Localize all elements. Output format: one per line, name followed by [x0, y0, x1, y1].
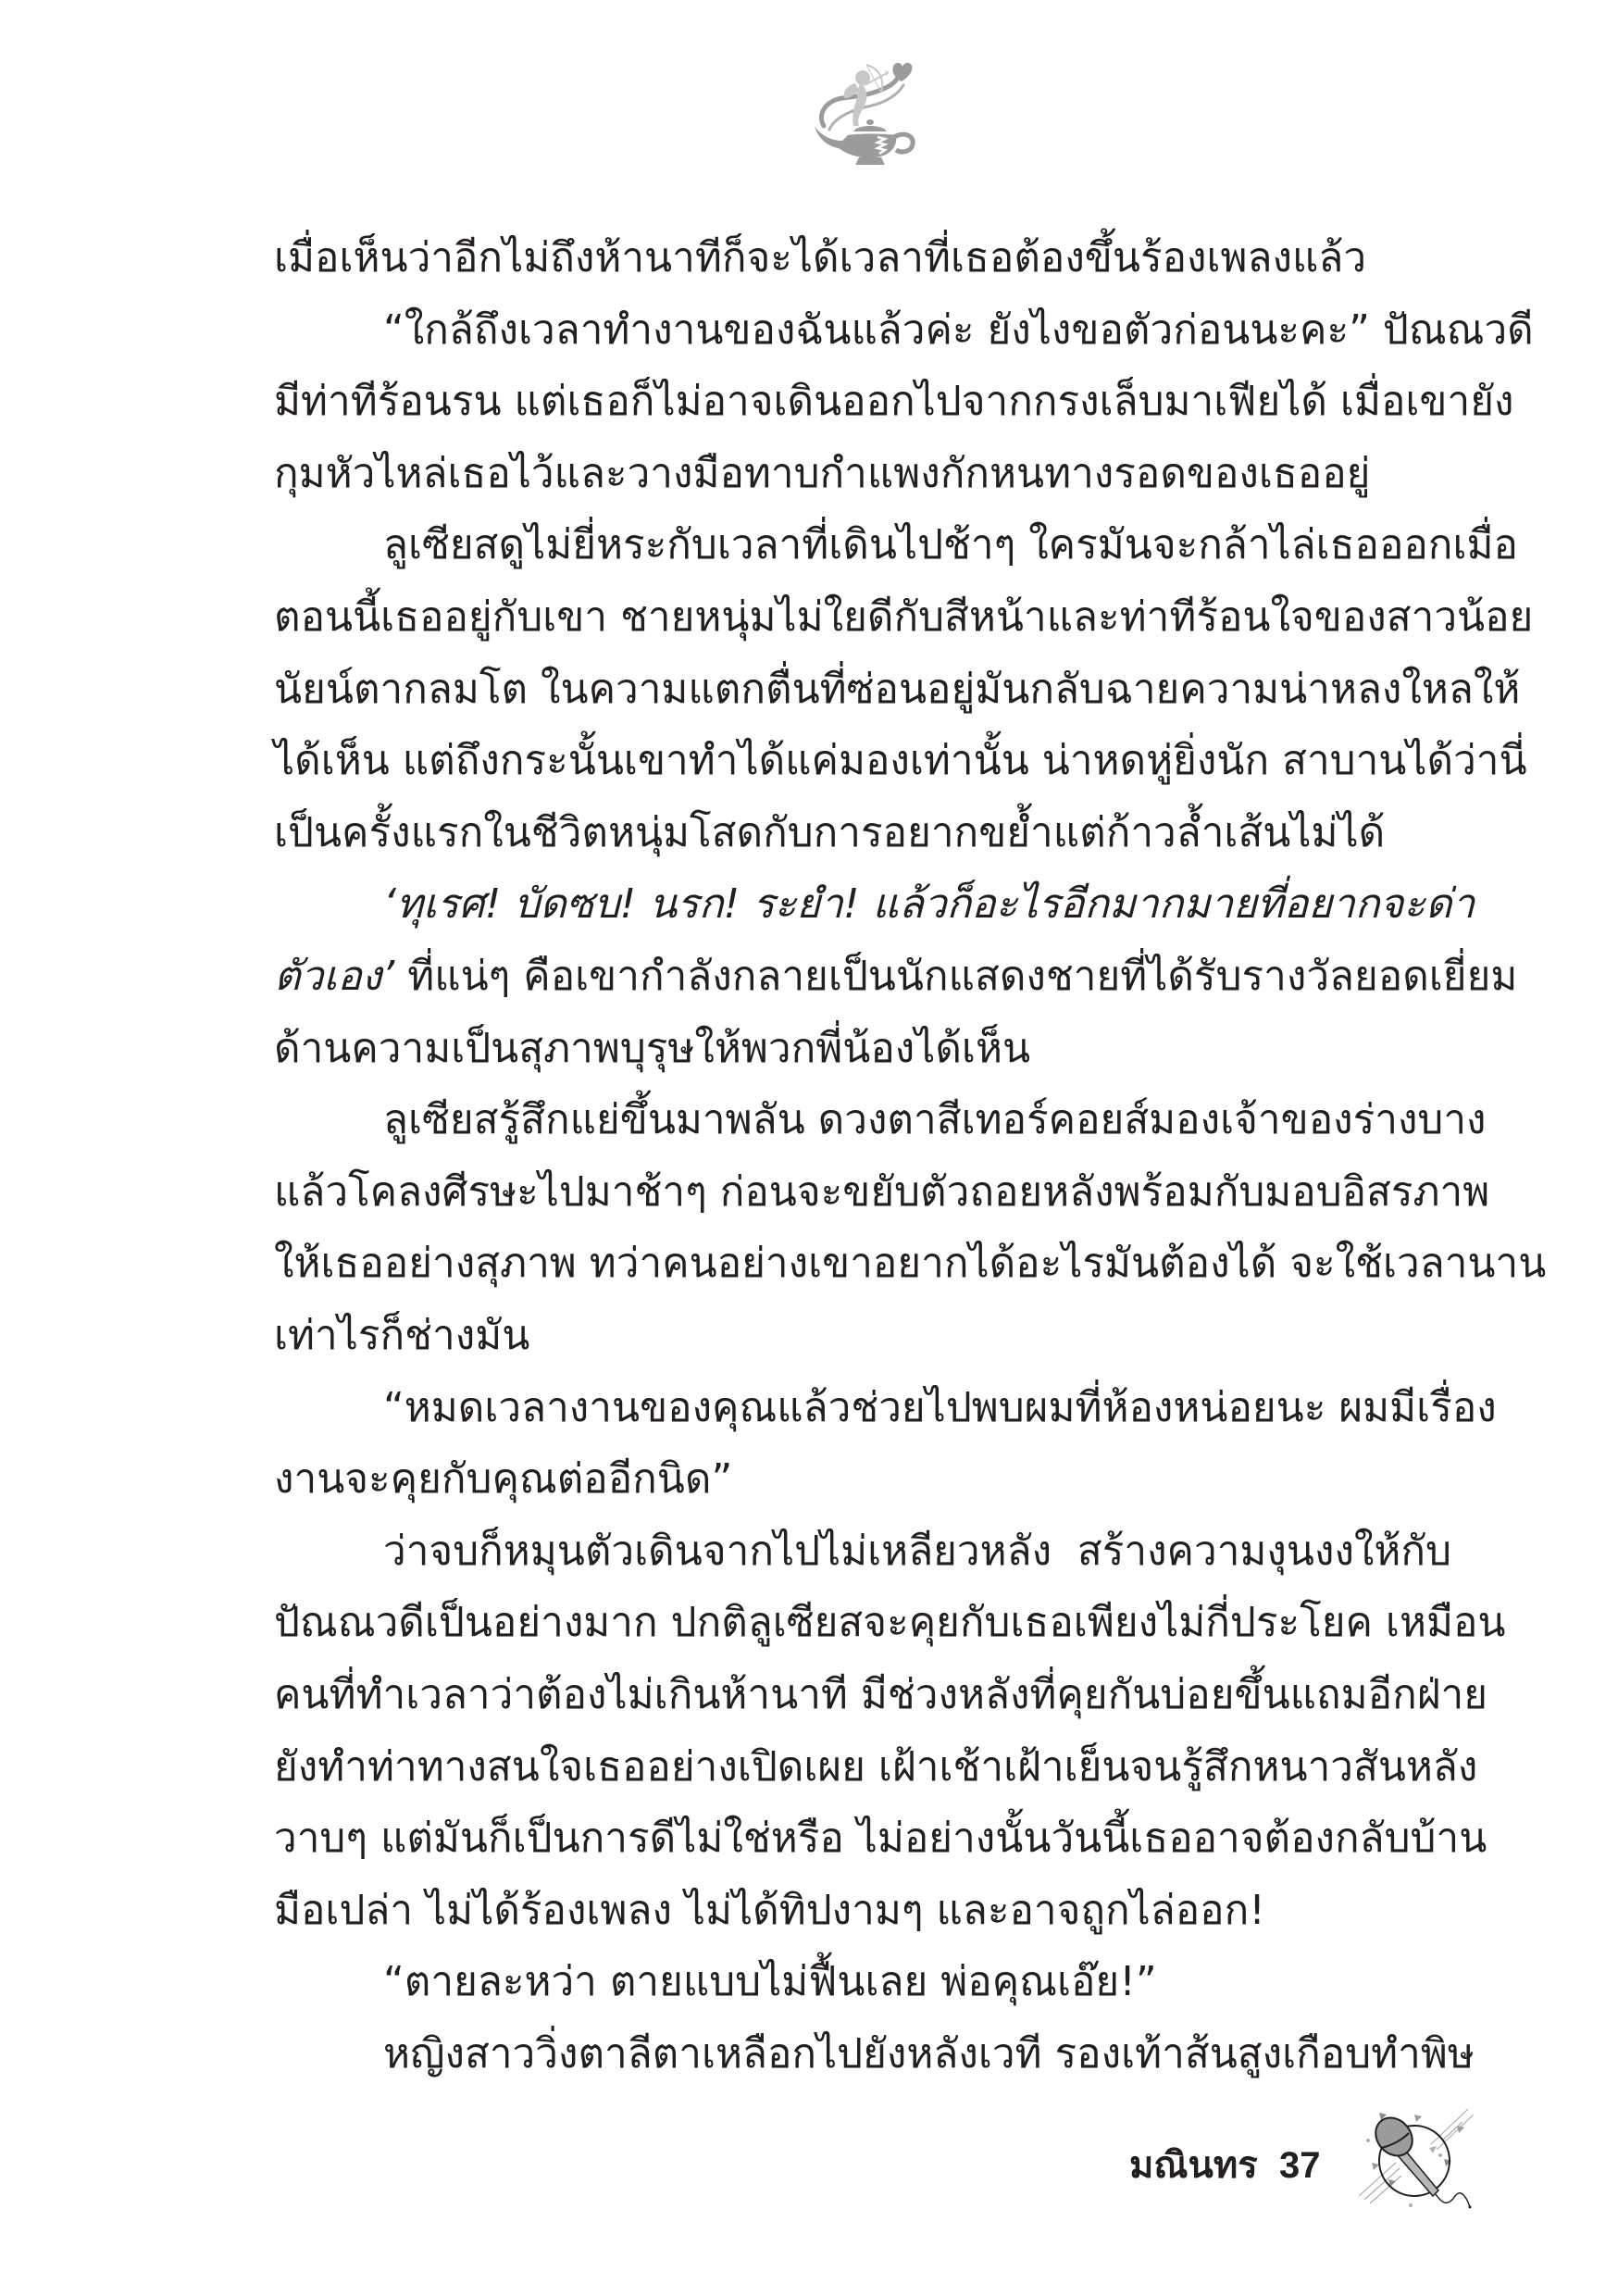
- text-line: ลูเซียสดูไม่ยี่หระกับเวลาที่เดินไปช้าๆ ใ…: [274, 509, 1451, 581]
- text-line: กุมหัวไหล่เธอไว้และวางมือทาบกำแพงกักหนทา…: [274, 438, 1370, 510]
- text-line: วาบๆ แต่มันก็เป็นการดีไม่ใช่หรือ ไม่อย่า…: [274, 1803, 1451, 1875]
- text-content: ให้เธออย่างสุภาพ ทว่าคนอย่างเขาอยากได้อะ…: [274, 1240, 1546, 1287]
- book-page: เมื่อเห็นว่าอีกไม่ถึงห้านาทีก็จะได้เวลาท…: [0, 0, 1618, 2296]
- text-content: ได้เห็น แต่ถึงกระนั้นเขาทำได้แค่มองเท่าน…: [274, 737, 1527, 784]
- text-line: เมื่อเห็นว่าอีกไม่ถึงห้านาทีก็จะได้เวลาท…: [274, 222, 1366, 294]
- text-content: เมื่อเห็นว่าอีกไม่ถึงห้านาทีก็จะได้เวลาท…: [274, 234, 1366, 281]
- text-content: “หมดเวลางานของคุณแล้วช่วยไปพบผมที่ห้องหน…: [383, 1384, 1497, 1431]
- text-content: หญิงสาววิ่งตาลีตาเหลือกไปยังหลังเวที รอง…: [383, 2030, 1475, 2078]
- text-line: หญิงสาววิ่งตาลีตาเหลือกไปยังหลังเวที รอง…: [274, 2018, 1451, 2090]
- text-content: งานจะคุยกับคุณต่ออีกนิด”: [274, 1455, 732, 1503]
- text-content: คนที่ทำเวลาว่าต้องไม่เกินห้านาที มีช่วงห…: [274, 1671, 1487, 1718]
- page-footer: มณินทร 37: [1120, 2129, 1490, 2203]
- text-content: แล้วโคลงศีรษะไปมาช้าๆ ก่อนจะขยับตัวถอยหล…: [274, 1168, 1489, 1216]
- text-line: “ตายละหว่า ตายแบบไม่ฟื้นเลย พ่อคุณเอ๊ย!”: [274, 1946, 1157, 2018]
- text-line: ลูเซียสรู้สึกแย่ขึ้นมาพลัน ดวงตาสีเทอร์ค…: [274, 1084, 1451, 1156]
- text-line: ยังทำท่าทางสนใจเธออย่างเปิดเผย เฝ้าเช้าเ…: [274, 1731, 1451, 1803]
- text-line: “ใกล้ถึงเวลาทำงานของฉันแล้วค่ะ ยังไงขอตั…: [274, 294, 1451, 367]
- text-content: “ตายละหว่า ตายแบบไม่ฟื้นเลย พ่อคุณเอ๊ย!”: [383, 1958, 1157, 2005]
- text-content: วาบๆ แต่มันก็เป็นการดีไม่ใช่หรือ ไม่อย่า…: [274, 1815, 1487, 1862]
- text-line: งานจะคุยกับคุณต่ออีกนิด”: [274, 1443, 732, 1516]
- text-content: ปัณณวดีเป็นอย่างมาก ปกติลูเซียสจะคุยกับเ…: [274, 1599, 1505, 1646]
- text-line: “หมดเวลางานของคุณแล้วช่วยไปพบผมที่ห้องหน…: [274, 1372, 1451, 1444]
- text-content: “ใกล้ถึงเวลาทำงานของฉันแล้วค่ะ ยังไงขอตั…: [383, 306, 1534, 354]
- author-name: มณินทร: [1129, 2142, 1258, 2189]
- text-line: ด้านความเป็นสุภาพบุรุษให้พวกพี่น้องได้เห…: [274, 1013, 1030, 1085]
- text-line: มีท่าทีร้อนรน แต่เธอก็ไม่อาจเดินออกไปจาก…: [274, 366, 1451, 438]
- text-line: ว่าจบก็หมุนตัวเดินจากไปไม่เหลียวหลัง สร้…: [274, 1516, 1451, 1588]
- genie-lamp-cupid-icon: [811, 57, 918, 168]
- text-content: ด้านความเป็นสุภาพบุรุษให้พวกพี่น้องได้เห…: [274, 1025, 1030, 1072]
- text-content: มีท่าทีร้อนรน แต่เธอก็ไม่อาจเดินออกไปจาก…: [274, 378, 1514, 425]
- text-content: เป็นครั้งแรกในชีวิตหนุ่มโสดกับการอยากขย้…: [274, 809, 1385, 856]
- text-line: เท่าไรก็ช่างมัน: [274, 1300, 529, 1372]
- text-content: ลูเซียสรู้สึกแย่ขึ้นมาพลัน ดวงตาสีเทอร์ค…: [383, 1096, 1487, 1143]
- text-content: ลูเซียสดูไม่ยี่หระกับเวลาที่เดินไปช้าๆ ใ…: [383, 521, 1518, 568]
- text-line: นัยน์ตากลมโต ในความแตกตื่นที่ซ่อนอยู่มัน…: [274, 654, 1451, 726]
- text-segment: ตัวเอง’: [274, 953, 394, 1000]
- text-line: ได้เห็น แต่ถึงกระนั้นเขาทำได้แค่มองเท่าน…: [274, 725, 1451, 797]
- text-content: มือเปล่า ไม่ได้ร้องเพลง ไม่ได้ทิปงามๆ แล…: [274, 1887, 1265, 1934]
- text-content: ตอนนี้เธออยู่กับเขา ชายหนุ่มไม่ใยดีกับสี…: [274, 593, 1533, 641]
- page-number: 37: [1279, 2142, 1321, 2189]
- text-line: ให้เธออย่างสุภาพ ทว่าคนอย่างเขาอยากได้อะ…: [274, 1228, 1451, 1300]
- text-line: แล้วโคลงศีรษะไปมาช้าๆ ก่อนจะขยับตัวถอยหล…: [274, 1156, 1451, 1229]
- text-line: เป็นครั้งแรกในชีวิตหนุ่มโสดกับการอยากขย้…: [274, 797, 1385, 869]
- text-content: ‘ทุเรศ! บัดซบ! นรก! ระยำ! แล้วก็อะไรอีกม…: [383, 880, 1475, 928]
- text-content: เท่าไรก็ช่างมัน: [274, 1312, 529, 1359]
- text-content: นัยน์ตากลมโต ในความแตกตื่นที่ซ่อนอยู่มัน…: [274, 666, 1520, 713]
- text-content: ยังทำท่าทางสนใจเธออย่างเปิดเผย เฝ้าเช้าเ…: [274, 1743, 1477, 1791]
- text-line: คนที่ทำเวลาว่าต้องไม่เกินห้านาที มีช่วงห…: [274, 1659, 1451, 1731]
- microphone-icon: [1359, 2103, 1479, 2210]
- text-content: ว่าจบก็หมุนตัวเดินจากไปไม่เหลียวหลัง สร้…: [383, 1528, 1451, 1575]
- text-line: มือเปล่า ไม่ได้ร้องเพลง ไม่ได้ทิปงามๆ แล…: [274, 1875, 1265, 1947]
- text-segment: ที่แน่ๆ คือเขากำลังกลายเป็นนักแสดงชายที่…: [394, 953, 1517, 1000]
- text-line: ปัณณวดีเป็นอย่างมาก ปกติลูเซียสจะคุยกับเ…: [274, 1587, 1451, 1659]
- text-line: ตอนนี้เธออยู่กับเขา ชายหนุ่มไม่ใยดีกับสี…: [274, 581, 1451, 654]
- text-content: กุมหัวไหล่เธอไว้และวางมือทาบกำแพงกักหนทา…: [274, 450, 1370, 497]
- text-line: ‘ทุเรศ! บัดซบ! นรก! ระยำ! แล้วก็อะไรอีกม…: [274, 868, 1451, 941]
- text-line: ตัวเอง’ ที่แน่ๆ คือเขากำลังกลายเป็นนักแส…: [274, 941, 1451, 1013]
